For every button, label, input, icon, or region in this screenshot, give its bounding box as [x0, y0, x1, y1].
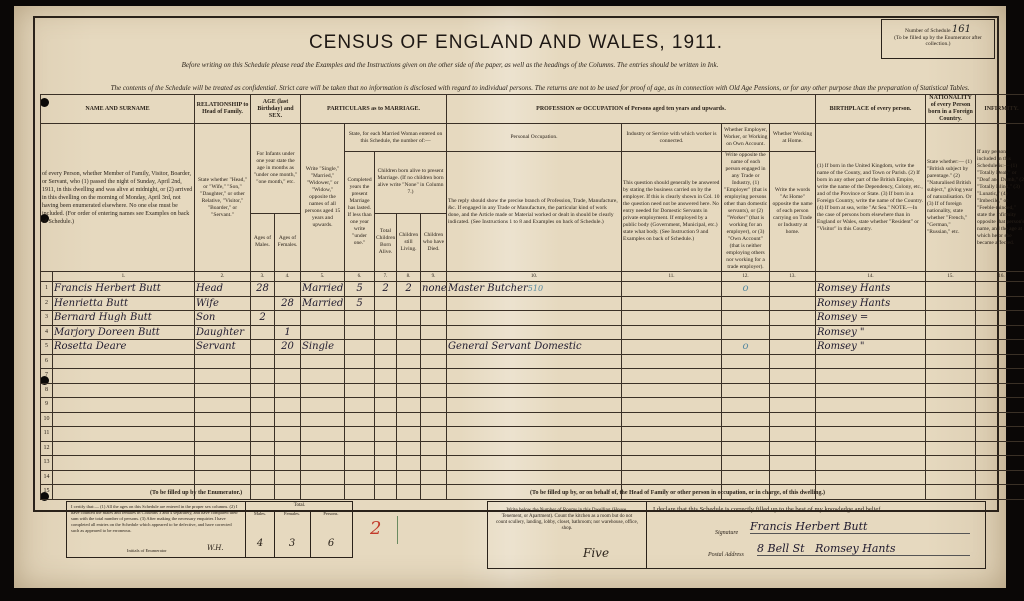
- cell-marital: [301, 456, 345, 471]
- cell-home: [770, 325, 816, 340]
- cell-years: [345, 369, 375, 384]
- cell-died: [421, 311, 447, 326]
- header-marriage: PARTICULARS as to MARRIAGE.: [301, 95, 447, 124]
- cell-rel: [195, 398, 251, 413]
- cell-birthplace: Romsey ": [816, 325, 926, 340]
- cell-n: 9: [41, 398, 53, 413]
- females-value: 3: [274, 538, 310, 549]
- cell-rel: [195, 456, 251, 471]
- cell-nationality: [926, 470, 976, 485]
- cell-name: Henrietta Butt: [53, 296, 195, 311]
- cell-rel: [195, 441, 251, 456]
- column-number: 8.: [397, 272, 421, 282]
- cell-died: [421, 485, 447, 500]
- cell-home: [770, 427, 816, 442]
- cell-birthplace: Romsey ": [816, 340, 926, 355]
- females-total: Females.3: [274, 511, 311, 557]
- cell-female: [275, 412, 301, 427]
- males-value: 4: [246, 538, 274, 549]
- header-relationship-desc: State whether "Head," or "Wife," "Son," …: [195, 124, 251, 272]
- table-row: 11: [41, 427, 1024, 442]
- cell-male: [251, 456, 275, 471]
- cell-nationality: [926, 282, 976, 297]
- table-row: 3Bernard Hugh ButtSon2Romsey =: [41, 311, 1024, 326]
- header-nationality: NATIONALITY of every Person born in a Fo…: [926, 95, 976, 124]
- cell-birthplace: [816, 470, 926, 485]
- header-infirmity: INFIRMITY.: [976, 95, 1024, 124]
- cell-name: Marjory Doreen Butt: [53, 325, 195, 340]
- cell-years: [345, 427, 375, 442]
- cell-female: [275, 427, 301, 442]
- header-industry: Industry or Service with which worker is…: [622, 124, 722, 152]
- cell-living: [397, 456, 421, 471]
- cell-marital: [301, 412, 345, 427]
- cell-birthplace: [816, 456, 926, 471]
- cell-living: [397, 485, 421, 500]
- table-row: 12: [41, 441, 1024, 456]
- confidential-line: The contents of the Schedule will be tre…: [75, 83, 1005, 94]
- cell-total: [375, 470, 397, 485]
- occupation-code: 510: [528, 284, 543, 293]
- cell-female: [275, 470, 301, 485]
- cell-rel: [195, 369, 251, 384]
- cell-living: [397, 325, 421, 340]
- cell-birthplace: [816, 398, 926, 413]
- cell-marital: [301, 441, 345, 456]
- cell-infirmity: [976, 441, 1024, 456]
- column-number: 7.: [375, 272, 397, 282]
- cell-marital: [301, 383, 345, 398]
- cell-years: [345, 383, 375, 398]
- column-number: 4.: [275, 272, 301, 282]
- header-nationality-desc: State whether:— (1) "British subject by …: [926, 124, 976, 272]
- cell-rel: Wife: [195, 296, 251, 311]
- cell-n: 5: [41, 340, 53, 355]
- postal-address-value: 8 Bell St Romsey Hants: [757, 542, 970, 556]
- header-children-died: Children who have Died.: [421, 213, 447, 271]
- cell-marital: [301, 325, 345, 340]
- cell-female: 28: [275, 296, 301, 311]
- cell-n: 3: [41, 311, 53, 326]
- column-number: 10.: [447, 272, 622, 282]
- cell-living: [397, 427, 421, 442]
- cell-rel: Servant: [195, 340, 251, 355]
- cell-occupation: General Servant Domestic: [447, 340, 622, 355]
- persons-total: Persons.6: [310, 511, 352, 557]
- signature-label: Signature: [715, 530, 738, 536]
- rooms-box: Write below the Number of Rooms in this …: [487, 501, 647, 569]
- cell-occupation: [447, 383, 622, 398]
- cell-name: Francis Herbert Butt: [53, 282, 195, 297]
- cell-n: 11: [41, 427, 53, 442]
- persons-label: Persons.: [323, 511, 338, 516]
- cell-total: [375, 427, 397, 442]
- cell-employer: [722, 383, 770, 398]
- cell-industry: [622, 398, 722, 413]
- cell-employer: o: [722, 340, 770, 355]
- cell-years: [345, 311, 375, 326]
- declaration-box: I declare that this Schedule is correctl…: [645, 501, 986, 569]
- cell-nationality: [926, 354, 976, 369]
- cell-total: [375, 354, 397, 369]
- cell-name: [53, 354, 195, 369]
- cell-employer: [722, 412, 770, 427]
- cell-total: 2: [375, 282, 397, 297]
- header-married-woman: State, for each Married Woman entered on…: [345, 124, 447, 152]
- rooms-count: Five: [583, 546, 609, 560]
- table-row: 9: [41, 398, 1024, 413]
- cell-female: [275, 441, 301, 456]
- cell-marital: [301, 427, 345, 442]
- cell-home: [770, 398, 816, 413]
- cell-male: [251, 412, 275, 427]
- header-age-males: Ages of Males.: [251, 213, 275, 271]
- cell-name: [53, 441, 195, 456]
- postal-address-label: Postal Address: [708, 552, 744, 558]
- cell-total: [375, 398, 397, 413]
- header-age: AGE (last Birthday) and SEX.: [251, 95, 301, 124]
- cell-died: [421, 470, 447, 485]
- cell-nationality: [926, 456, 976, 471]
- cell-nationality: [926, 340, 976, 355]
- cell-n: 10: [41, 412, 53, 427]
- cell-nationality: [926, 398, 976, 413]
- cell-years: 5: [345, 282, 375, 297]
- occupation-text: Master Butcher: [448, 283, 528, 294]
- cell-total: [375, 311, 397, 326]
- cell-female: [275, 354, 301, 369]
- cell-home: [770, 470, 816, 485]
- cell-nationality: [926, 485, 976, 500]
- cell-occupation: [447, 398, 622, 413]
- cell-name: [53, 383, 195, 398]
- enumerator-certificate: I certify that:— (1) All the ages on thi…: [66, 501, 353, 558]
- cell-male: 2: [251, 311, 275, 326]
- cell-years: [345, 398, 375, 413]
- cell-name: [53, 470, 195, 485]
- cell-years: [345, 340, 375, 355]
- cell-years: [345, 470, 375, 485]
- cell-industry: [622, 470, 722, 485]
- cell-died: [421, 354, 447, 369]
- cell-died: [421, 441, 447, 456]
- cell-rel: [195, 412, 251, 427]
- cell-marital: [301, 485, 345, 500]
- cell-male: [251, 369, 275, 384]
- document-title: CENSUS OF ENGLAND AND WALES, 1911.: [35, 32, 997, 54]
- cell-employer: [722, 427, 770, 442]
- cell-birthplace: [816, 383, 926, 398]
- cell-birthplace: [816, 427, 926, 442]
- header-children-total: Total Children Born Alive.: [375, 213, 397, 271]
- cell-died: [421, 412, 447, 427]
- cell-rel: Son: [195, 311, 251, 326]
- cell-male: [251, 354, 275, 369]
- cell-occupation: [447, 296, 622, 311]
- cell-male: [251, 398, 275, 413]
- table-row: 7: [41, 369, 1024, 384]
- cell-total: [375, 456, 397, 471]
- table-row: 8: [41, 383, 1024, 398]
- header-occupation-desc: The reply should show the precise branch…: [447, 152, 622, 272]
- cell-living: [397, 311, 421, 326]
- schedule-number-note: (To be filled up by the Enumerator after…: [882, 35, 994, 47]
- cell-infirmity: [976, 427, 1024, 442]
- column-number: 13.: [770, 272, 816, 282]
- header-employer-desc: Write opposite the name of each person e…: [722, 152, 770, 272]
- cell-male: [251, 340, 275, 355]
- cell-nationality: [926, 383, 976, 398]
- cell-marital: Married: [301, 282, 345, 297]
- column-number: 11.: [622, 272, 722, 282]
- table-row: 10: [41, 412, 1024, 427]
- header-marital-desc: Write "Single," "Married," "Widower," or…: [301, 124, 345, 272]
- column-number: 12.: [722, 272, 770, 282]
- cell-rel: [195, 383, 251, 398]
- red-tally-mark: 2: [370, 518, 381, 539]
- column-number: 3.: [251, 272, 275, 282]
- cell-female: 20: [275, 340, 301, 355]
- schedule-number-label: Number of Schedule: [905, 28, 951, 34]
- cell-died: [421, 456, 447, 471]
- cell-total: [375, 369, 397, 384]
- table-row: 1Francis Herbert ButtHead28Married522non…: [41, 282, 1024, 297]
- column-number: 9.: [421, 272, 447, 282]
- cell-occupation: [447, 456, 622, 471]
- cell-employer: [722, 369, 770, 384]
- totals-box: Total. Males.4 Females.3 Persons.6: [245, 502, 353, 557]
- cell-male: [251, 485, 275, 500]
- cell-female: [275, 383, 301, 398]
- cell-birthplace: [816, 354, 926, 369]
- cell-marital: Single: [301, 340, 345, 355]
- column-number: 6.: [345, 272, 375, 282]
- cell-employer: [722, 311, 770, 326]
- cell-home: [770, 296, 816, 311]
- rooms-instructions: Write below the Number of Rooms in this …: [488, 502, 646, 538]
- cell-infirmity: [976, 311, 1024, 326]
- enumerator-certify-text: I certify that:— (1) All the ages on thi…: [71, 504, 241, 534]
- cell-nationality: [926, 296, 976, 311]
- cell-birthplace: [816, 412, 926, 427]
- cell-infirmity: [976, 456, 1024, 471]
- cell-died: [421, 383, 447, 398]
- persons-value: 6: [310, 538, 352, 549]
- cell-male: [251, 470, 275, 485]
- cell-living: [397, 340, 421, 355]
- males-label: Males.: [254, 511, 266, 516]
- cell-nationality: [926, 369, 976, 384]
- cell-home: [770, 456, 816, 471]
- table-row: 13: [41, 456, 1024, 471]
- occupier-heading: (To be filled up by, or on behalf of, th…: [530, 490, 825, 496]
- cell-n: 14: [41, 470, 53, 485]
- cell-infirmity: [976, 470, 1024, 485]
- cell-rel: Head: [195, 282, 251, 297]
- cell-marital: [301, 311, 345, 326]
- cell-total: [375, 485, 397, 500]
- cell-infirmity: [976, 412, 1024, 427]
- column-number: 5.: [301, 272, 345, 282]
- header-infirmity-desc: If any person included in this Schedule …: [976, 124, 1024, 272]
- cell-n: 8: [41, 383, 53, 398]
- header-age-desc: For Infants under one year state the age…: [251, 124, 301, 214]
- cell-nationality: [926, 412, 976, 427]
- cell-n: 6: [41, 354, 53, 369]
- cell-n: 12: [41, 441, 53, 456]
- header-personal-occupation: Personal Occupation.: [447, 124, 622, 152]
- declaration-text: I declare that this Schedule is correctl…: [645, 502, 985, 517]
- header-marriage-children: Children born alive to present Marriage.…: [375, 152, 447, 214]
- cell-female: [275, 282, 301, 297]
- cell-name: [53, 412, 195, 427]
- cell-female: 1: [275, 325, 301, 340]
- cell-infirmity: [976, 398, 1024, 413]
- header-age-females: Ages of Females.: [275, 213, 301, 271]
- cell-living: [397, 398, 421, 413]
- cell-occupation: [447, 412, 622, 427]
- cell-years: [345, 485, 375, 500]
- cell-female: [275, 311, 301, 326]
- cell-industry: [622, 383, 722, 398]
- cell-infirmity: [976, 485, 1024, 500]
- cell-marital: [301, 398, 345, 413]
- cell-living: [397, 296, 421, 311]
- cell-home: [770, 282, 816, 297]
- cell-total: [375, 412, 397, 427]
- cell-industry: [622, 427, 722, 442]
- cell-female: [275, 369, 301, 384]
- cell-name: [53, 456, 195, 471]
- schedule-number-box: Number of Schedule 161 (To be filled up …: [881, 19, 995, 59]
- cell-nationality: [926, 441, 976, 456]
- cell-industry: [622, 441, 722, 456]
- cell-years: 5: [345, 296, 375, 311]
- cell-birthplace: [816, 369, 926, 384]
- cell-rel: [195, 470, 251, 485]
- cell-died: none: [421, 282, 447, 297]
- cell-living: 2: [397, 282, 421, 297]
- cell-infirmity: [976, 369, 1024, 384]
- census-rows: 1Francis Herbert ButtHead28Married522non…: [41, 282, 1024, 500]
- cell-home: [770, 311, 816, 326]
- cell-industry: [622, 412, 722, 427]
- cell-living: [397, 369, 421, 384]
- header-home-desc: Write the words "At Home" opposite the n…: [770, 152, 816, 272]
- cell-occupation: [447, 441, 622, 456]
- schedule-number: 161: [952, 24, 971, 35]
- cell-birthplace: Romsey Hants: [816, 282, 926, 297]
- column-number: 16.: [976, 272, 1024, 282]
- enumerator-initials-label: Initials of Enumerator: [127, 548, 167, 553]
- cell-occupation: [447, 470, 622, 485]
- cell-died: [421, 325, 447, 340]
- cell-employer: [722, 398, 770, 413]
- cell-n: 7: [41, 369, 53, 384]
- cell-marital: Married: [301, 296, 345, 311]
- cell-name: Bernard Hugh Butt: [53, 311, 195, 326]
- cell-living: [397, 412, 421, 427]
- cell-name: [53, 398, 195, 413]
- table-row: 14: [41, 470, 1024, 485]
- cell-living: [397, 470, 421, 485]
- header-profession: PROFESSION or OCCUPATION of Persons aged…: [447, 95, 816, 124]
- cell-male: [251, 296, 275, 311]
- header-name: NAME AND SURNAME: [41, 95, 195, 124]
- column-number: 2.: [195, 272, 251, 282]
- cell-birthplace: Romsey =: [816, 311, 926, 326]
- cell-marital: [301, 369, 345, 384]
- cell-industry: [622, 369, 722, 384]
- table-row: 6: [41, 354, 1024, 369]
- header-birthplace: BIRTHPLACE of every person.: [816, 95, 926, 124]
- cell-marital: [301, 470, 345, 485]
- cell-male: [251, 325, 275, 340]
- cell-years: [345, 456, 375, 471]
- column-number-row: 1. 2. 3. 4. 5. 6. 7. 8. 9. 10. 11. 12. 1…: [41, 272, 1024, 282]
- cell-infirmity: [976, 383, 1024, 398]
- cell-employer: o: [722, 282, 770, 297]
- cell-home: [770, 441, 816, 456]
- cell-industry: [622, 296, 722, 311]
- cell-industry: [622, 354, 722, 369]
- cell-died: [421, 369, 447, 384]
- cell-n: 1: [41, 282, 53, 297]
- cell-home: [770, 340, 816, 355]
- cell-total: [375, 383, 397, 398]
- cell-industry: [622, 325, 722, 340]
- cell-nationality: [926, 311, 976, 326]
- cell-name: [53, 427, 195, 442]
- cell-industry: [622, 282, 722, 297]
- table-row: 2Henrietta ButtWife28Married5Romsey Hant…: [41, 296, 1024, 311]
- header-name-desc: of every Person, whether Member of Famil…: [41, 124, 195, 272]
- cell-years: [345, 325, 375, 340]
- cell-home: [770, 412, 816, 427]
- cell-female: [275, 485, 301, 500]
- cell-occupation: [447, 354, 622, 369]
- cell-birthplace: [816, 441, 926, 456]
- header-relationship: RELATIONSHIP to Head of Family.: [195, 95, 251, 124]
- females-label: Females.: [284, 511, 300, 516]
- cell-industry: [622, 311, 722, 326]
- cell-employer: [722, 470, 770, 485]
- cell-infirmity: [976, 340, 1024, 355]
- cell-home: [770, 383, 816, 398]
- cell-employer: [722, 354, 770, 369]
- header-birthplace-desc: (1) If born in the United Kingdom, write…: [816, 124, 926, 272]
- cell-employer: [722, 296, 770, 311]
- cell-n: 4: [41, 325, 53, 340]
- signature-value: Francis Herbert Butt: [750, 520, 970, 534]
- green-tick-mark: [397, 516, 398, 544]
- cell-infirmity: [976, 354, 1024, 369]
- cell-living: [397, 383, 421, 398]
- cell-living: [397, 441, 421, 456]
- cell-died: [421, 340, 447, 355]
- cell-rel: [195, 427, 251, 442]
- cell-occupation: [447, 427, 622, 442]
- cell-employer: [722, 441, 770, 456]
- cell-total: [375, 340, 397, 355]
- column-number: 15.: [926, 272, 976, 282]
- cell-total: [375, 296, 397, 311]
- cell-name: Rosetta Deare: [53, 340, 195, 355]
- table-row: 5Rosetta DeareServant20SingleGeneral Ser…: [41, 340, 1024, 355]
- cell-employer: [722, 456, 770, 471]
- cell-years: [345, 441, 375, 456]
- cell-female: [275, 456, 301, 471]
